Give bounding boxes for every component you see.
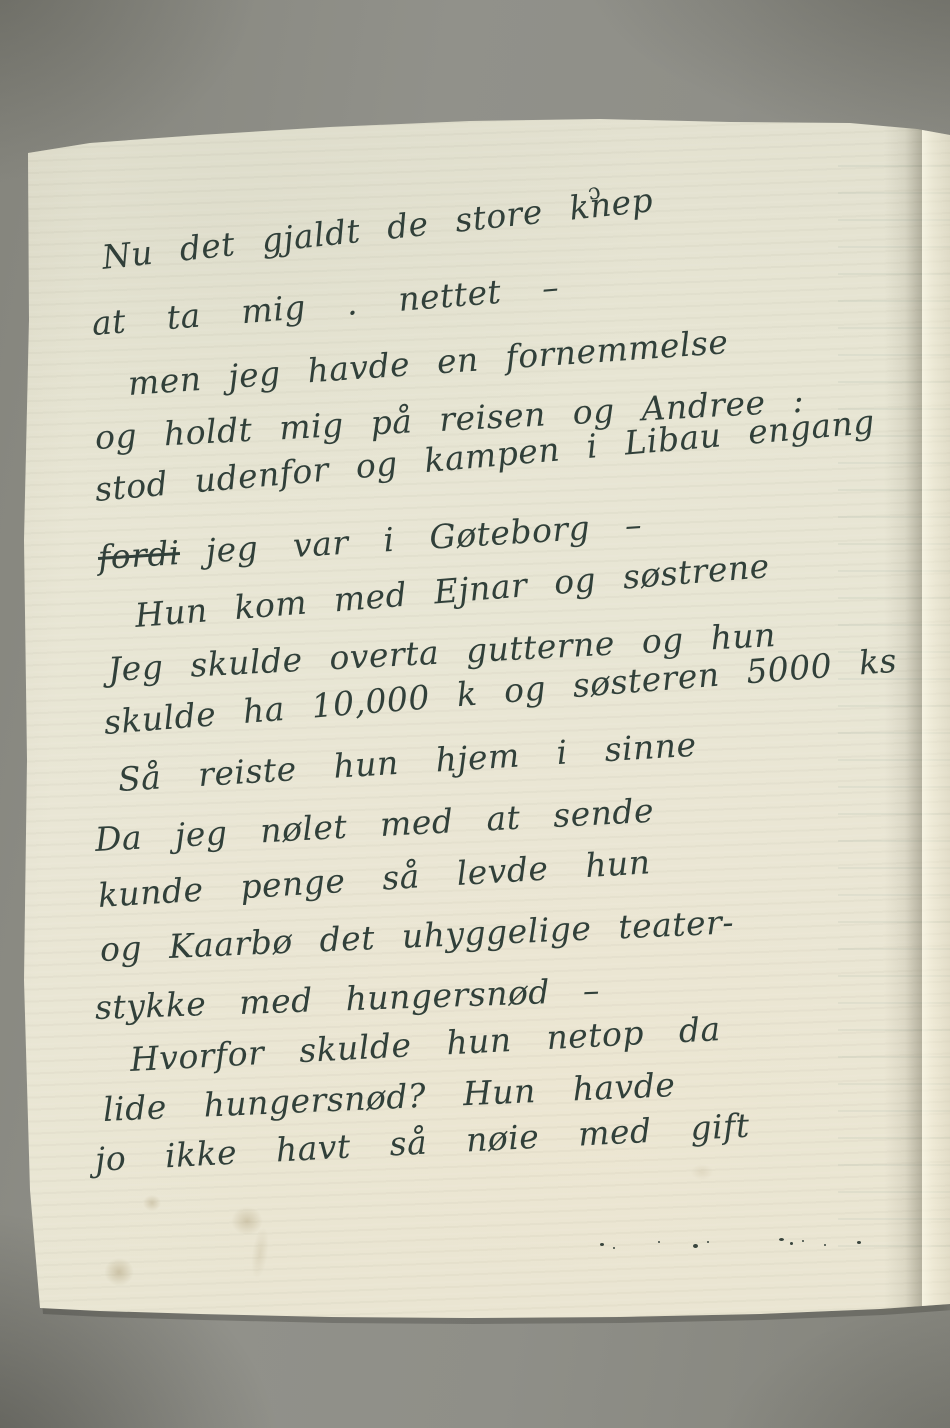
ink-fleck (613, 1247, 615, 1249)
ink-fleck (658, 1241, 660, 1243)
ink-fleck (693, 1244, 698, 1248)
ink-fleck (857, 1241, 861, 1244)
ink-fleck (790, 1242, 793, 1245)
manuscript-page: ɔ Nu det gjaldt de store knep at ta mig … (0, 0, 950, 1428)
ink-fleck (707, 1241, 709, 1243)
struck-word: fordi (97, 533, 181, 577)
fold-crease (884, 126, 922, 1308)
stain (140, 1192, 164, 1214)
ink-fleck (824, 1244, 826, 1246)
manuscript-photograph: ɔ Nu det gjaldt de store knep at ta mig … (0, 0, 950, 1428)
stain (688, 1162, 716, 1182)
stain (100, 1254, 138, 1290)
ink-fleck (779, 1238, 784, 1241)
ink-fleck (600, 1243, 604, 1246)
ink-fleck (802, 1240, 804, 1242)
second-leaf-edge (922, 127, 950, 1307)
